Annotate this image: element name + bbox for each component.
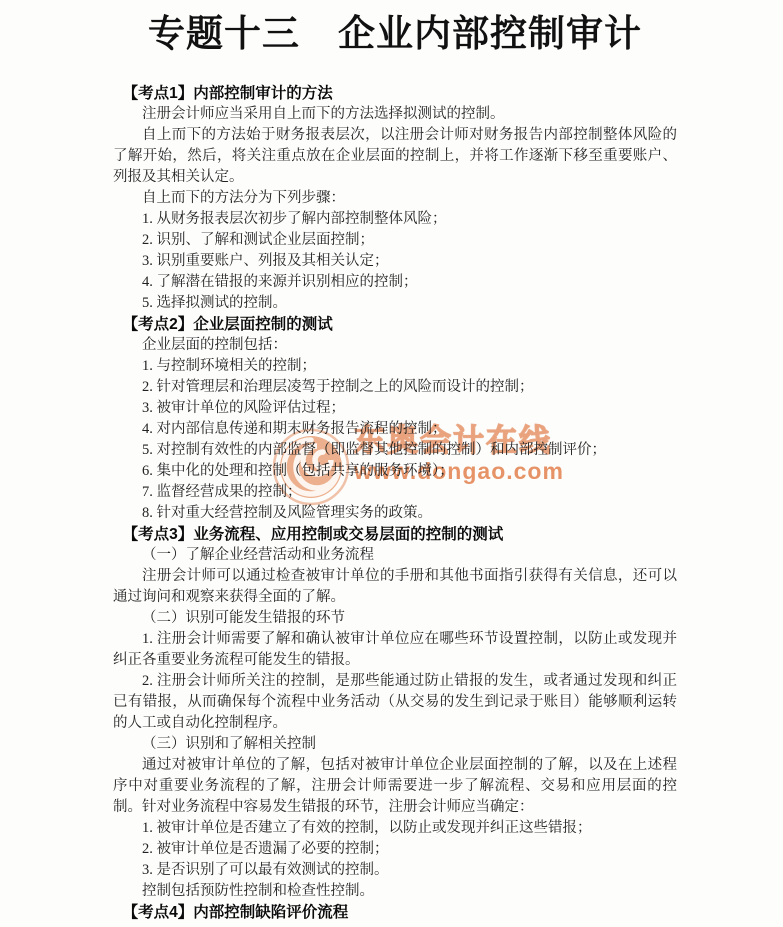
paragraph: 企业层面的控制包括： (113, 335, 677, 356)
paragraph: 8. 针对重大经营控制及风险管理实务的政策。 (113, 503, 677, 524)
paragraph: 1. 被审计单位是否建立了有效的控制，以防止或发现并纠正这些错报； (113, 818, 677, 839)
paragraph: 1. 与控制环境相关的控制； (113, 356, 677, 377)
paragraph: 4. 对内部信息传递和期末财务报告流程的控制； (113, 419, 677, 440)
section-heading: 【考点2】企业层面控制的测试 (113, 314, 677, 335)
paragraph: 1. 从财务报表层次初步了解内部控制整体风险； (113, 209, 677, 230)
paragraph: 自上而下的方法分为下列步骤： (113, 188, 677, 209)
paragraph: 通过对被审计单位的了解，包括对被审计单位企业层面控制的了解，以及在上述程序中对重… (113, 755, 677, 818)
paragraph: （一）了解企业经营活动和业务流程 (113, 545, 677, 566)
paragraph: 7. 监督经营成果的控制； (113, 482, 677, 503)
paragraph: 控制包括预防性控制和检查性控制。 (113, 881, 677, 902)
document-page: 东奥会计在线 www.dongao.com 专题十三 企业内部控制审计 【考点1… (0, 0, 783, 927)
paragraph: 3. 是否识别了可以最有效测试的控制。 (113, 860, 677, 881)
paragraph: 2. 针对管理层和治理层凌驾于控制之上的风险而设计的控制； (113, 377, 677, 398)
section-heading: 【考点1】内部控制审计的方法 (113, 83, 677, 104)
section-heading: 【考点4】内部控制缺陷评价流程 (113, 902, 677, 923)
page-title: 专题十三 企业内部控制审计 (113, 12, 677, 58)
paragraph: 3. 被审计单位的风险评估过程； (113, 398, 677, 419)
document-content: 专题十三 企业内部控制审计 【考点1】内部控制审计的方法注册会计师应当采用自上而… (113, 0, 677, 923)
paragraph: 2. 识别、了解和测试企业层面控制； (113, 230, 677, 251)
paragraph: 5. 选择拟测试的控制。 (113, 293, 677, 314)
paragraph: 注册会计师可以通过检查被审计单位的手册和其他书面指引获得有关信息，还可以通过询问… (113, 566, 677, 608)
section-heading: 【考点3】业务流程、应用控制或交易层面的控制的测试 (113, 524, 677, 545)
paragraph: 注册会计师应当采用自上而下的方法选择拟测试的控制。 (113, 104, 677, 125)
paragraph: 2. 注册会计师所关注的控制，是那些能通过防止错报的发生，或者通过发现和纠正已有… (113, 671, 677, 734)
paragraph: （三）识别和了解相关控制 (113, 734, 677, 755)
paragraph: 4. 了解潜在错报的来源并识别相应的控制； (113, 272, 677, 293)
paragraph: 5. 对控制有效性的内部监督（即监督其他控制的控制）和内部控制评价； (113, 440, 677, 461)
paragraph: （二）识别可能发生错报的环节 (113, 608, 677, 629)
document-body: 【考点1】内部控制审计的方法注册会计师应当采用自上而下的方法选择拟测试的控制。自… (113, 83, 677, 923)
paragraph: 自上而下的方法始于财务报表层次，以注册会计师对财务报告内部控制整体风险的了解开始… (113, 125, 677, 188)
paragraph: 2. 被审计单位是否遗漏了必要的控制； (113, 839, 677, 860)
paragraph: 6. 集中化的处理和控制（包括共享的服务环境）； (113, 461, 677, 482)
paragraph: 3. 识别重要账户、列报及其相关认定； (113, 251, 677, 272)
paragraph: 1. 注册会计师需要了解和确认被审计单位应在哪些环节设置控制，以防止或发现并纠正… (113, 629, 677, 671)
